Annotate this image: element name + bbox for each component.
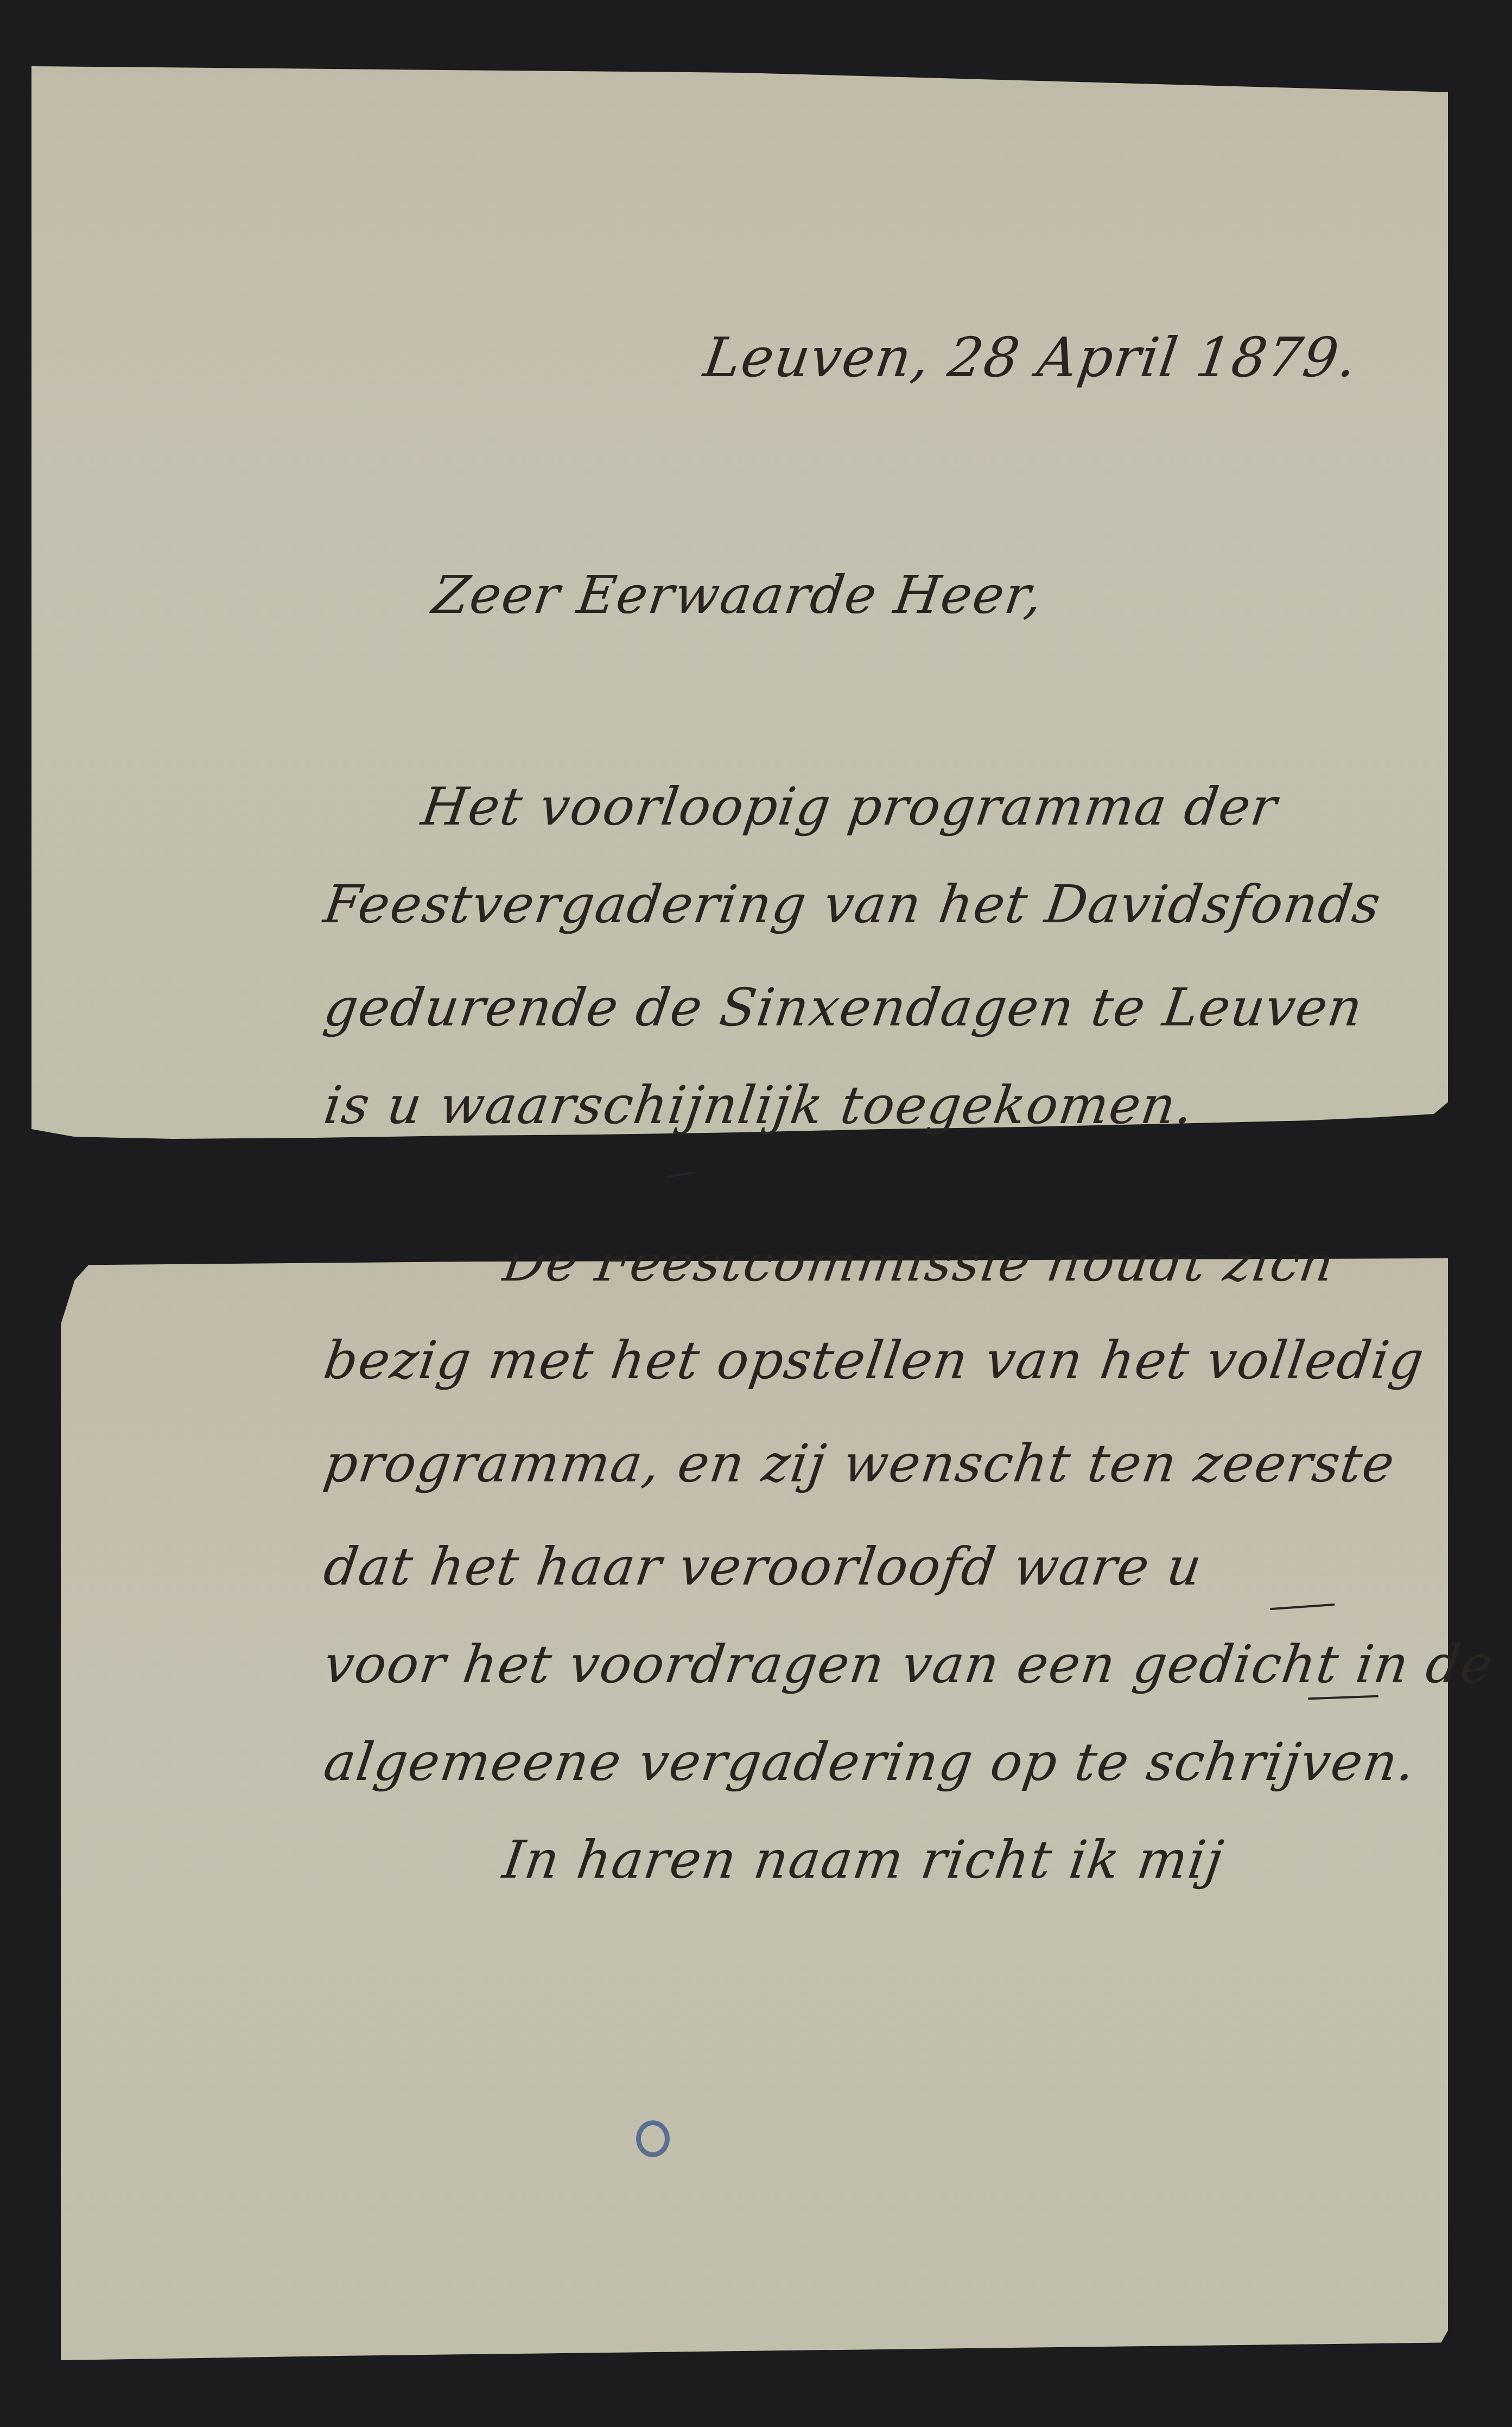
- sheet2-line-7: In haren naam richt ik mij: [499, 1829, 1228, 1890]
- salutation: Zeer Eerwaarde Heer,: [429, 565, 1047, 625]
- sheet2-line-2: bezig met het opstellen van het volledig: [320, 1330, 1428, 1391]
- sheet2-line-6: algemeene vergadering op te schrijven.: [320, 1732, 1420, 1792]
- blue-circle-mark-icon: [636, 2120, 670, 2157]
- body-line-2: Feestvergadering van het Davidsfonds: [320, 874, 1385, 935]
- sheet2-line-4: dat het haar veroorloofd ware u: [320, 1536, 1206, 1597]
- letter-sheet-2: [61, 1258, 1448, 2360]
- place-date-line: Leuven, 28 April 1879.: [700, 326, 1362, 389]
- ink-flourish: [665, 1171, 696, 1178]
- body-line-1: Het voorloopig programma der: [418, 776, 1281, 837]
- body-line-4: is u waarschijnlijk toegekomen.: [320, 1075, 1198, 1136]
- body-line-3: gedurende de Sinxendagen te Leuven: [320, 977, 1367, 1038]
- sheet2-line-3: programma, en zij wenscht ten zeerste: [320, 1433, 1399, 1494]
- sheet2-line-1: De Feestcommissie houdt zich: [499, 1232, 1340, 1293]
- sheet2-line-5: voor het voordragen van een gedicht in d…: [320, 1634, 1497, 1695]
